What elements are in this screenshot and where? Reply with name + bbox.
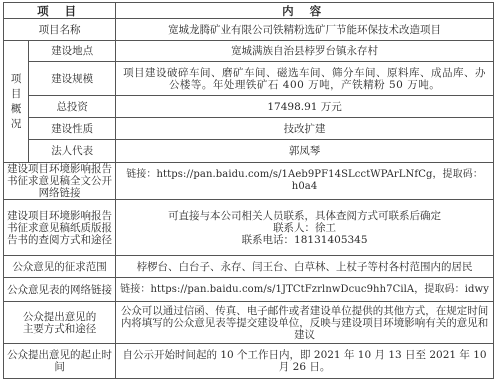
table-row-investment: 总投资 17498.91 万元 (4, 96, 494, 118)
method-label: 公众提出意见的主要方式和途径 (4, 302, 116, 344)
table-row-location: 项目概况 建设地点 宽城满族自治县桲罗台镇永存村 (4, 41, 494, 62)
investment-value: 17498.91 万元 (116, 96, 494, 118)
period-value: 自公示开始时间起的 10 个工作日内，即 2021 年 10 月 13 日至 2… (116, 344, 494, 379)
legal-rep-label: 法人代表 (29, 140, 116, 163)
scope-value: 桲椤台、白台子、永存、闫王台、白草林、上杖子等村各村范围内的居民 (116, 256, 494, 278)
table-row-legal-rep: 法人代表 郭凤琴 (4, 140, 494, 163)
report-link-value[interactable]: 链接：https://pan.baidu.com/s/1Aeb9PF14SLcc… (116, 163, 494, 200)
public-notice-table: 项 目 内 容 项目名称 宽城龙腾矿业有限公司铁精粉选矿厂节能环保技术改造项目 … (3, 2, 494, 379)
scope-label: 公众意见的征求范围 (4, 256, 116, 278)
table-row-nature: 建设性质 技改扩建 (4, 118, 494, 140)
paper-access-value: 可直接与本公司相关人员联系，具体查阅方式可联系后确定 联系人：徐工 联系电话：1… (116, 200, 494, 256)
report-link-label: 建设项目环境影响报告书征求意见稿全文公开网络链接 (4, 163, 116, 200)
legal-rep-value: 郭凤琴 (116, 140, 494, 163)
project-name-value: 宽城龙腾矿业有限公司铁精粉选矿厂节能环保技术改造项目 (116, 19, 494, 41)
paper-access-label: 建设项目环境影响报告书征求意见稿纸质版报告书的查阅方式和途径 (4, 200, 116, 256)
header-item: 项 目 (4, 3, 116, 19)
nature-label: 建设性质 (29, 118, 116, 140)
form-link-label: 公众意见表的网络链接 (4, 278, 116, 302)
table-row-paper-access: 建设项目环境影响报告书征求意见稿纸质版报告书的查阅方式和途径 可直接与本公司相关… (4, 200, 494, 256)
table-row-scope: 公众意见的征求范围 桲椤台、白台子、永存、闫王台、白草林、上杖子等村各村范围内的… (4, 256, 494, 278)
header-row: 项 目 内 容 (4, 3, 494, 19)
table-row-method: 公众提出意见的主要方式和途径 公众可以通过信函、传真、电子邮件或者建设单位提供的… (4, 302, 494, 344)
header-content: 内 容 (116, 3, 494, 19)
table-row-report-link: 建设项目环境影响报告书征求意见稿全文公开网络链接 链接：https://pan.… (4, 163, 494, 200)
scale-value: 项目建设破碎车间、磨矿车间、磁选车间、筛分车间、原料库、成品库、办公楼等。年处理… (116, 62, 494, 96)
investment-label: 总投资 (29, 96, 116, 118)
overview-group-label: 项目概况 (4, 41, 29, 163)
paper-access-line1: 可直接与本公司相关人员联系，具体查阅方式可联系后确定 (118, 210, 491, 222)
location-label: 建设地点 (29, 41, 116, 62)
paper-access-contact: 联系人：徐工 (118, 222, 491, 234)
method-value: 公众可以通过信函、传真、电子邮件或者建设单位提供的其他方式，在规定时间内将填写的… (116, 302, 494, 344)
scale-label: 建设规模 (29, 62, 116, 96)
table-row-form-link: 公众意见表的网络链接 链接：https://pan.baidu.com/s/1J… (4, 278, 494, 302)
project-name-label: 项目名称 (4, 19, 116, 41)
nature-value: 技改扩建 (116, 118, 494, 140)
table-row-period: 公众提出意见的起止时间 自公示开始时间起的 10 个工作日内，即 2021 年 … (4, 344, 494, 379)
paper-access-phone: 联系电话：18131405345 (118, 234, 491, 246)
period-label: 公众提出意见的起止时间 (4, 344, 116, 379)
location-value: 宽城满族自治县桲罗台镇永存村 (116, 41, 494, 62)
table-row-project-name: 项目名称 宽城龙腾矿业有限公司铁精粉选矿厂节能环保技术改造项目 (4, 19, 494, 41)
table-row-scale: 建设规模 项目建设破碎车间、磨矿车间、磁选车间、筛分车间、原料库、成品库、办公楼… (4, 62, 494, 96)
form-link-value[interactable]: 链接：https://pan.baidu.com/s/1JTCtFzrlnwDc… (116, 278, 494, 302)
